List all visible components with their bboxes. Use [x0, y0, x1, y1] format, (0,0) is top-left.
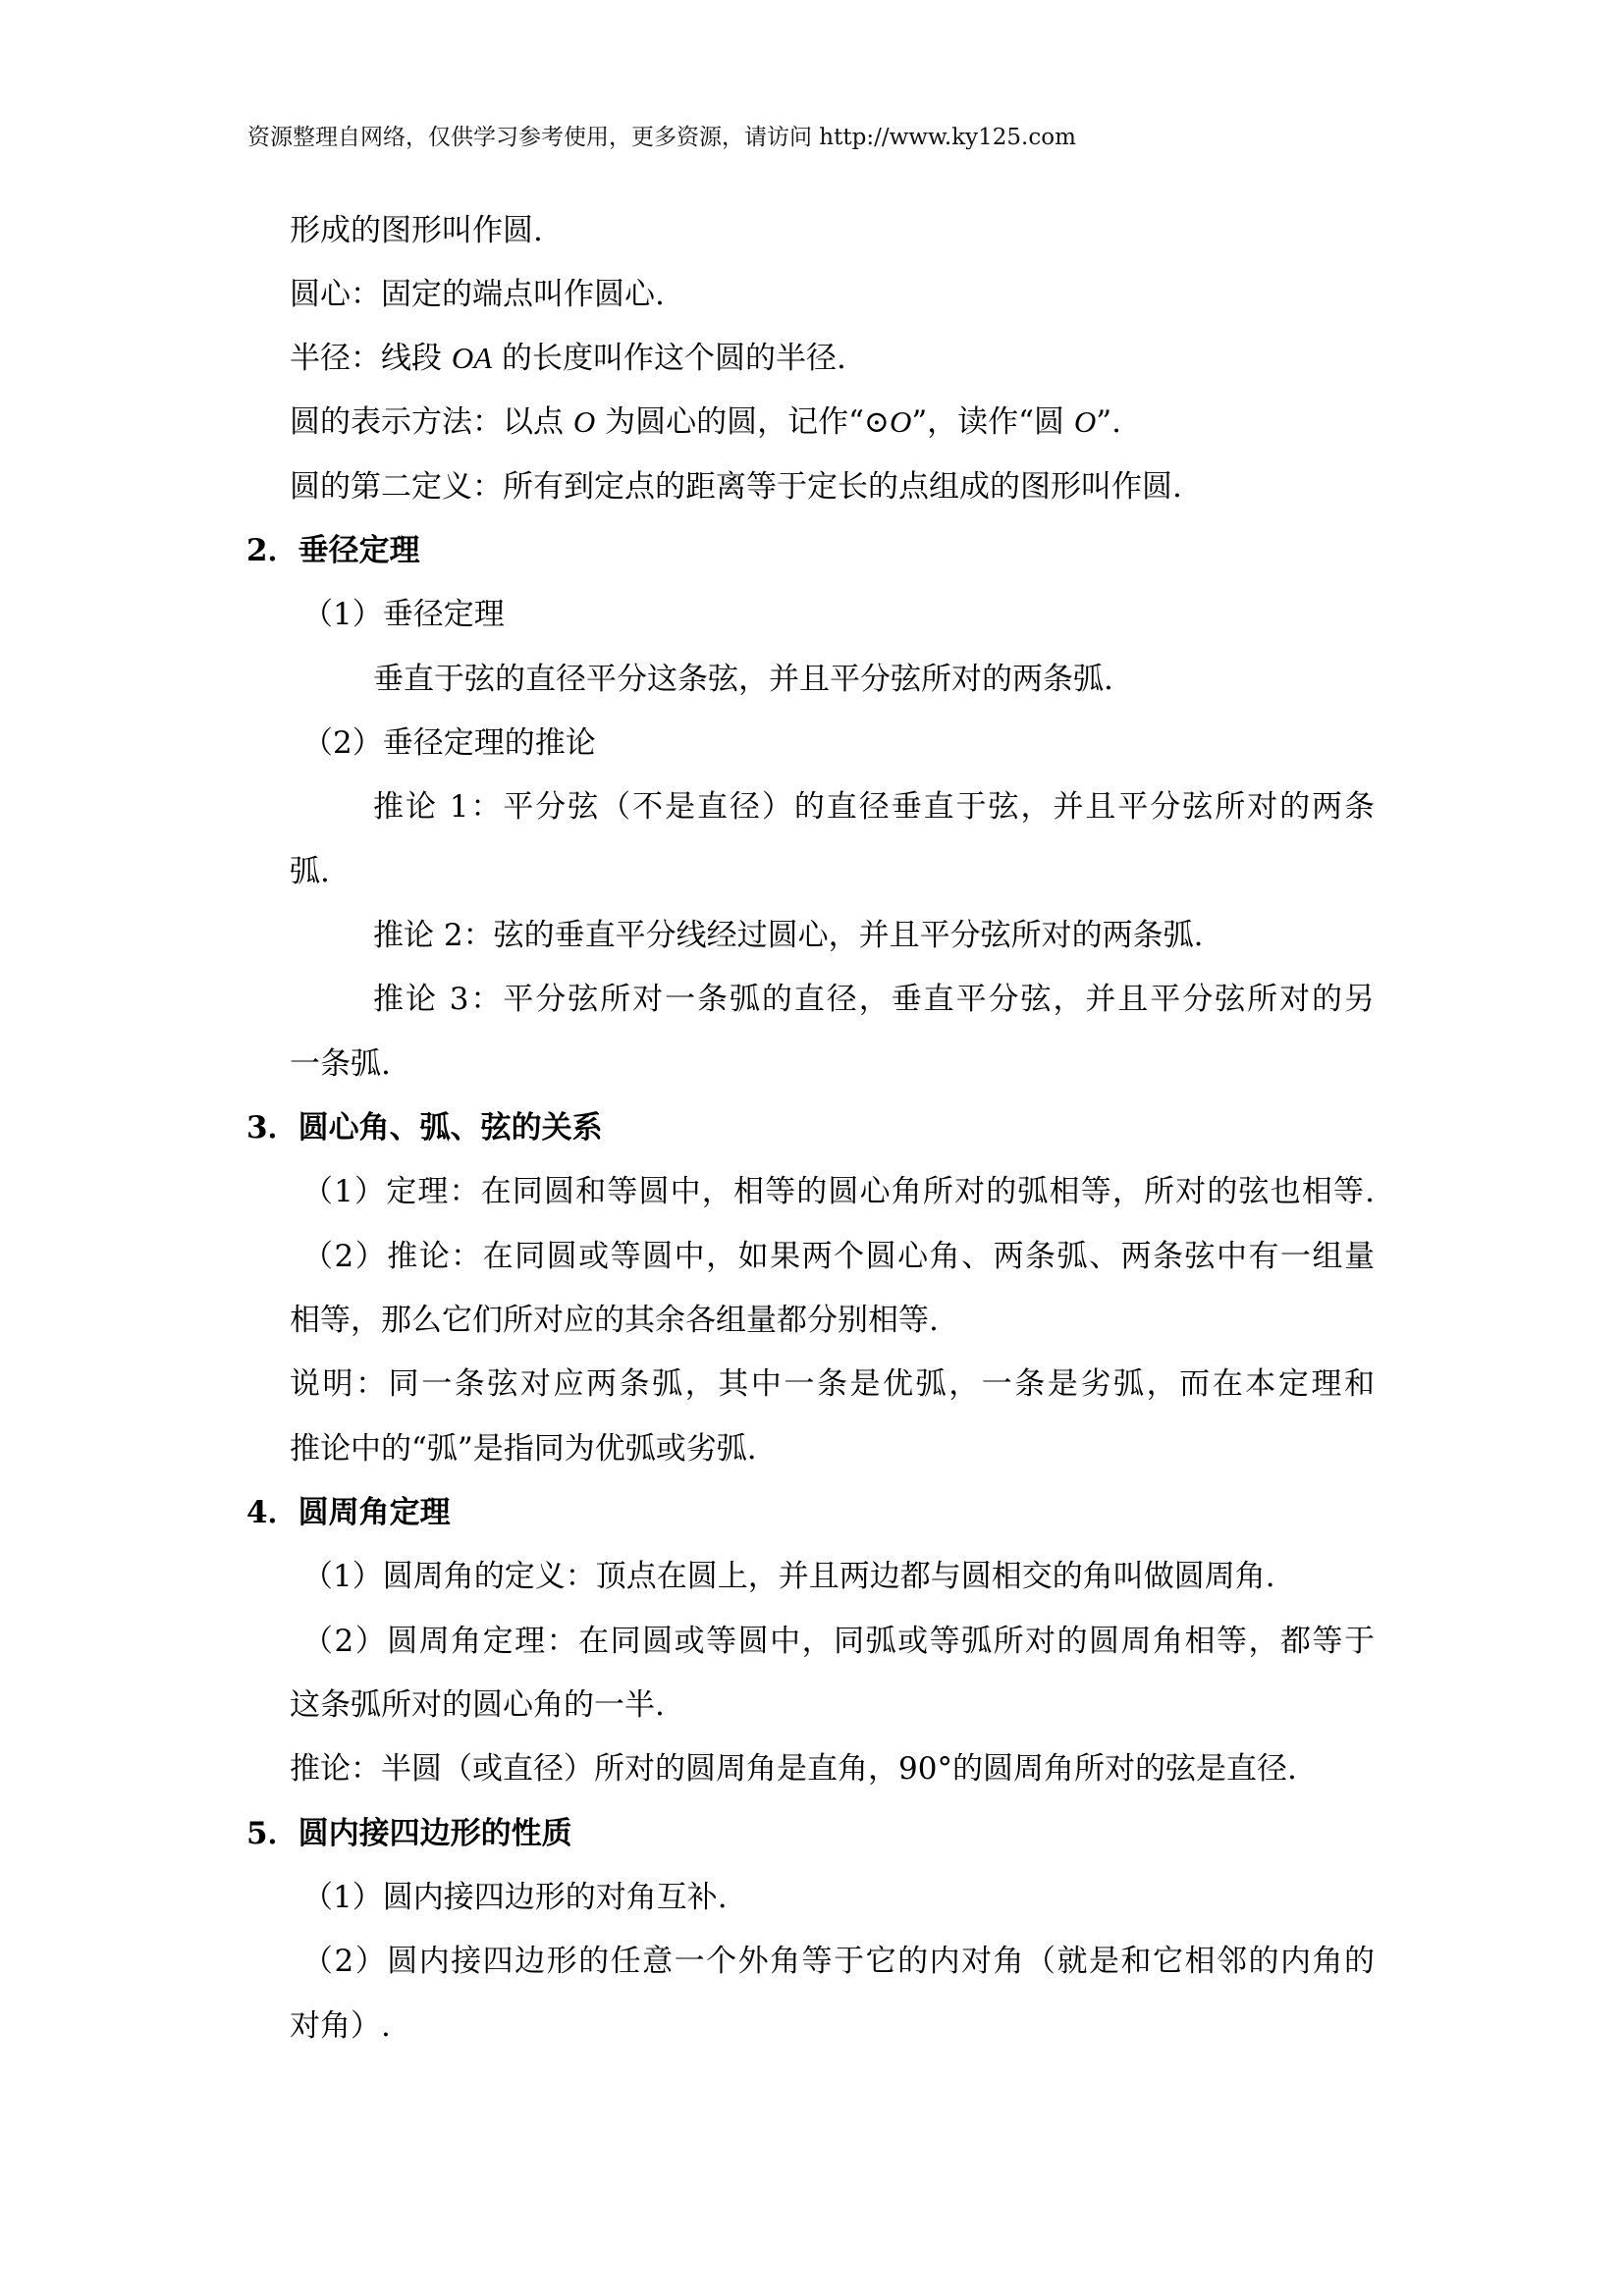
notation-text-a: 圆的表示方法：以点 [290, 404, 573, 440]
property-2: （2）圆内接四边形的任意一个外角等于它的内对角（就是和它相邻的内角的 [302, 1940, 1375, 1983]
notation-text-c: ”，读作“圆 [911, 404, 1074, 440]
radius-variable: OA [452, 341, 492, 375]
second-definition: 圆的第二定义：所有到定点的距离等于定长的点组成的图形叫作圆. [290, 465, 1182, 508]
circle-notation: 圆的表示方法：以点 O 为圆心的圆，记作“⊙O”，读作“圆 O”. [290, 400, 1121, 444]
section-heading-cyclic-quadrilateral: 5．圆内接四边形的性质 [246, 1812, 572, 1855]
corollary-1-continued: 弧. [290, 850, 330, 893]
theorem-statement: 垂直于弦的直径平分这条弦，并且平分弦所对的两条弧. [373, 658, 1113, 701]
corollary-3-continued: 一条弧. [290, 1042, 391, 1086]
property-1: （1）圆内接四边形的对角互补. [302, 1876, 728, 1919]
section-heading-perpendicular-diameter: 2．垂径定理 [246, 529, 420, 572]
section-heading-inscribed-angle: 4．圆周角定理 [246, 1491, 451, 1534]
theorem-continued: 这条弧所对的圆心角的一半. [290, 1683, 665, 1727]
notation-text-b: 为圆心的圆，记作“⊙ [595, 404, 890, 440]
subsection-title: （2）垂径定理的推论 [302, 721, 596, 765]
page-header-watermark: 资源整理自网络，仅供学习参考使用，更多资源，请访问 http://www.ky1… [247, 122, 1076, 153]
radius-text-b: 的长度叫作这个圆的半径. [492, 341, 846, 376]
theorem-statement: （1）定理：在同圆和等圆中，相等的圆心角所对的弧相等，所对的弦也相等. [302, 1170, 1375, 1213]
notation-variable-1: O [573, 404, 595, 439]
notation-text-d: ”. [1096, 404, 1121, 440]
subsection-title: （1）垂径定理 [302, 593, 505, 636]
corollary: （2）推论：在同圆或等圆中，如果两个圆心角、两条弧、两条弦中有一组量 [302, 1235, 1375, 1278]
circle-definition-tail: 形成的图形叫作圆. [290, 209, 543, 252]
note: 说明：同一条弦对应两条弧，其中一条是优弧，一条是劣弧，而在本定理和 [290, 1362, 1375, 1406]
corollary: 推论：半圆（或直径）所对的圆周角是直角，90°的圆周角所对的弦是直径. [290, 1747, 1297, 1790]
property-2-continued: 对角）. [290, 2004, 391, 2048]
corollary-2: 推论 2：弦的垂直平分线经过圆心，并且平分弦所对的两条弧. [373, 914, 1203, 957]
corollary-continued: 相等，那么它们所对应的其余各组量都分别相等. [290, 1299, 939, 1342]
section-heading-central-angle: 3．圆心角、弧、弦的关系 [246, 1106, 603, 1149]
note-continued: 推论中的“弧”是指同为优弧或劣弧. [290, 1427, 757, 1470]
notation-variable-3: O [1074, 404, 1096, 439]
corollary-3: 推论 3：平分弦所对一条弧的直径，垂直平分弦，并且平分弦所对的另 [373, 978, 1375, 1021]
definition: （1）圆周角的定义：顶点在圆上，并且两边都与圆相交的角叫做圆周角. [302, 1555, 1275, 1598]
radius-text-a: 半径：线段 [290, 341, 452, 376]
notation-variable-2: O [890, 404, 911, 439]
radius-definition: 半径：线段 OA 的长度叫作这个圆的半径. [290, 337, 846, 380]
theorem-statement: （2）圆周角定理：在同圆或等圆中，同弧或等弧所对的圆周角相等，都等于 [302, 1620, 1375, 1663]
document-page: 资源整理自网络，仅供学习参考使用，更多资源，请访问 http://www.ky1… [0, 0, 1624, 2296]
corollary-1: 推论 1：平分弦（不是直径）的直径垂直于弦，并且平分弦所对的两条 [373, 785, 1375, 828]
center-definition: 圆心：固定的端点叫作圆心. [290, 273, 665, 316]
